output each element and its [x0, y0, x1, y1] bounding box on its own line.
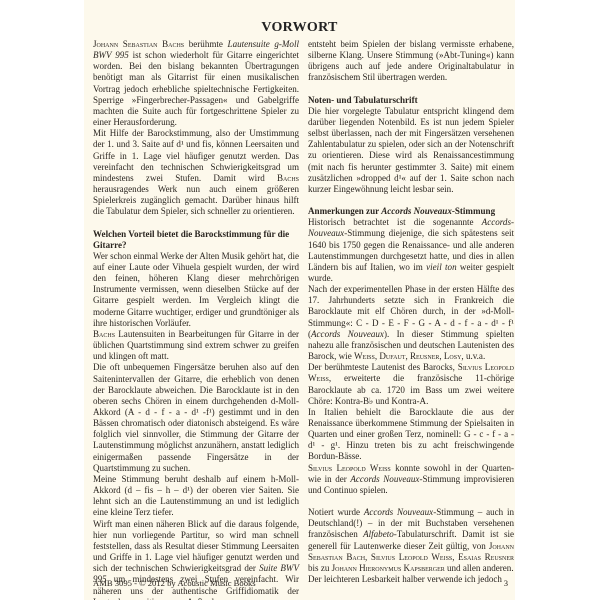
- paragraph: Meine Stimmung beruht deshalb auf einem …: [93, 474, 299, 519]
- text-run: In Italien behielt die Barocklaute die a…: [308, 407, 514, 462]
- paragraph: Der leichteren Lesbarkeit halber verwend…: [308, 574, 514, 585]
- paragraph: Wer schon einmal Werke der Alten Musik g…: [93, 251, 299, 329]
- text-run: herausragendes Werk nun auch einem größe…: [93, 184, 299, 216]
- small-caps-name: Silvius Leopold Weiss: [308, 463, 391, 473]
- text-run: berühmte: [184, 39, 227, 49]
- text-run: u.v.a.: [464, 351, 486, 361]
- section-heading: Noten- und Tabulaturschrift: [308, 95, 514, 106]
- paragraph: Bachs Lautensuiten in Bearbeitungen für …: [93, 329, 299, 362]
- paragraph-spacer: [308, 496, 514, 507]
- paragraph-spacer: [93, 218, 299, 229]
- italic-text: Accords Nouveaux: [311, 329, 384, 339]
- italic-text: vieil ton: [426, 262, 456, 272]
- text-run: Meine Stimmung beruht deshalb auf einem …: [93, 474, 299, 517]
- paragraph: Mit Hilfe der Barockstimmung, also der U…: [93, 128, 299, 217]
- paragraph: Silvius Leopold Weiss konnte sowohl in d…: [308, 463, 514, 496]
- text-run: Welchen Vorteil bietet die Barockstimmun…: [93, 229, 289, 250]
- text-run: -Stimmung: [452, 206, 495, 216]
- paragraph: Nach der experimentellen Phase in der er…: [308, 284, 514, 362]
- paragraph-spacer: [308, 84, 514, 95]
- copyright-footer: AMB 3095 - © 2012 by Acoustic Music Book…: [93, 578, 256, 588]
- text-run: ist schon wiederholt für Gitarre eingeri…: [93, 50, 299, 127]
- paragraph: Johann Sebastian Bachs berühmte Lautensu…: [93, 39, 299, 128]
- text-run: bis zu: [308, 563, 332, 573]
- text-run: Anmerkungen zur: [308, 206, 381, 216]
- paragraph: Der berühmteste Lautenist des Barocks, S…: [308, 362, 514, 407]
- text-run: Der berühmteste Lautenist des Barocks,: [308, 362, 458, 372]
- text-run: Notiert wurde: [308, 507, 364, 517]
- page-title: VORWORT: [84, 20, 515, 36]
- paragraph: entsteht beim Spielen der bislang vermis…: [308, 39, 514, 84]
- paragraph: Die oft unbequemen Fingersätze beruhen a…: [93, 362, 299, 474]
- paragraph-spacer: [308, 195, 514, 206]
- text-run: Mit Hilfe der Barockstimmung, also der U…: [93, 128, 299, 183]
- section-heading: Anmerkungen zur Accords Nouveaux-Stimmun…: [308, 206, 514, 217]
- book-page: VORWORT Johann Sebastian Bachs berühmte …: [84, 0, 515, 600]
- italic-text: Accords Nouveaux: [381, 206, 452, 216]
- paragraph: In Italien behielt die Barocklaute die a…: [308, 407, 514, 463]
- text-run: Historisch betrachtet ist die sogenannte: [308, 217, 482, 227]
- paragraph: Historisch betrachtet ist die sogenannte…: [308, 217, 514, 284]
- right-text-column: entsteht beim Spielen der bislang vermis…: [308, 39, 514, 585]
- text-run: Wer schon einmal Werke der Alten Musik g…: [93, 251, 299, 328]
- small-caps-name: Weiss, Dufaut, Reusner, Losy,: [354, 351, 464, 361]
- italic-text: Accords Nouveaux: [364, 507, 433, 517]
- page-number: 3: [504, 578, 508, 588]
- small-caps-name: Johann Hieronymus Kapsberger: [332, 563, 445, 573]
- text-run: Die oft unbequemen Fingersätze beruhen a…: [93, 362, 299, 472]
- text-run: Lautensuiten in Bearbeitungen für Gitarr…: [93, 329, 299, 361]
- paragraph: Notiert wurde Accords Nouveaux-Stimmung …: [308, 507, 514, 574]
- left-text-column: Johann Sebastian Bachs berühmte Lautensu…: [93, 39, 299, 600]
- italic-text: Accords Nouveaux: [350, 474, 419, 484]
- text-run: , erweiterte die französische 11-chörige…: [308, 373, 514, 405]
- italic-text: Alfabeto: [363, 529, 394, 539]
- small-caps-name: Bachs: [93, 329, 115, 339]
- text-run: entsteht beim Spielen der bislang vermis…: [308, 39, 514, 82]
- section-heading: Welchen Vorteil bietet die Barockstimmun…: [93, 229, 299, 251]
- small-caps-name: Johann Sebastian Bachs: [93, 39, 184, 49]
- small-caps-name: Bachs: [277, 173, 299, 183]
- text-run: Die hier vorgelegte Tabulatur entspricht…: [308, 106, 514, 194]
- paragraph: Die hier vorgelegte Tabulatur entspricht…: [308, 106, 514, 195]
- text-run: Der leichteren Lesbarkeit halber verwend…: [308, 574, 502, 584]
- text-run: und allen anderen.: [445, 563, 514, 573]
- text-run: Noten- und Tabulaturschrift: [308, 95, 418, 105]
